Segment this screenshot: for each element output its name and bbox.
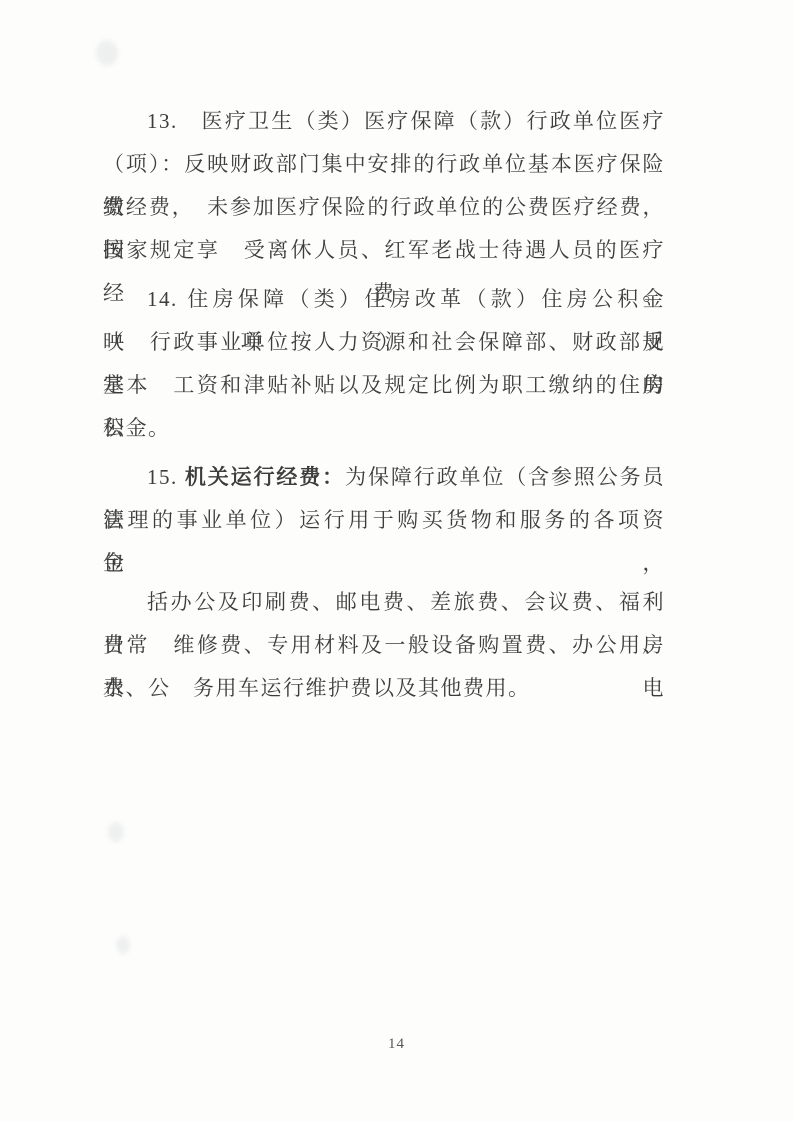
text-line: 括办公及印刷费、邮电费、差旅费、会议费、福利费、 xyxy=(103,581,665,624)
paragraph-15-continued: 括办公及印刷费、邮电费、差旅费、会议费、福利费、 日常 维修费、专用材料及一般设… xyxy=(103,581,665,710)
text-line: 管理的事业单位）运行用于购买货物和服务的各项资金， xyxy=(103,499,665,542)
text-line: 国家规定享 受离休人员、红军老战士待遇人员的医疗经费。 xyxy=(103,229,665,272)
text-line: 映 行政事业单位按人力资源和社会保障部、财政部规定的 xyxy=(103,321,665,364)
term-highlight: 机关运行经费： xyxy=(185,465,345,489)
text-line: 积金。 xyxy=(103,407,665,450)
paragraph-13: 13. 医疗卫生（类）医疗保障（款）行政单位医疗 （项）：反映财政部门集中安排的… xyxy=(103,100,665,272)
text-line: 14. 住房保障（类）住房改革（款）住房公积金（项）：反 xyxy=(103,278,665,321)
scan-smudge xyxy=(96,40,118,66)
paragraph-15: 15. 机关运行经费：为保障行政单位（含参照公务员法 管理的事业单位）运行用于购… xyxy=(103,456,665,585)
text-line: 13. 医疗卫生（类）医疗保障（款）行政单位医疗 xyxy=(103,100,665,143)
scan-smudge xyxy=(108,822,124,842)
document-page: 13. 医疗卫生（类）医疗保障（款）行政单位医疗 （项）：反映财政部门集中安排的… xyxy=(0,0,793,1121)
item-number: 15. xyxy=(147,465,185,489)
page-number: 14 xyxy=(0,1036,793,1053)
text-line: 费经费， 未参加医疗保险的行政单位的公费医疗经费，按 xyxy=(103,186,665,229)
paragraph-14: 14. 住房保障（类）住房改革（款）住房公积金（项）：反 映 行政事业单位按人力… xyxy=(103,278,665,450)
text-line: 15. 机关运行经费：为保障行政单位（含参照公务员法 xyxy=(103,456,665,499)
scan-smudge xyxy=(116,936,130,954)
text-line: （项）：反映财政部门集中安排的行政单位基本医疗保险缴 xyxy=(103,143,665,186)
text-line: 基本 工资和津贴补贴以及规定比例为职工缴纳的住房公 xyxy=(103,364,665,407)
page-body-text: 13. 医疗卫生（类）医疗保障（款）行政单位医疗 （项）：反映财政部门集中安排的… xyxy=(103,100,665,716)
text-line: 日常 维修费、专用材料及一般设备购置费、办公用房水电 xyxy=(103,624,665,667)
